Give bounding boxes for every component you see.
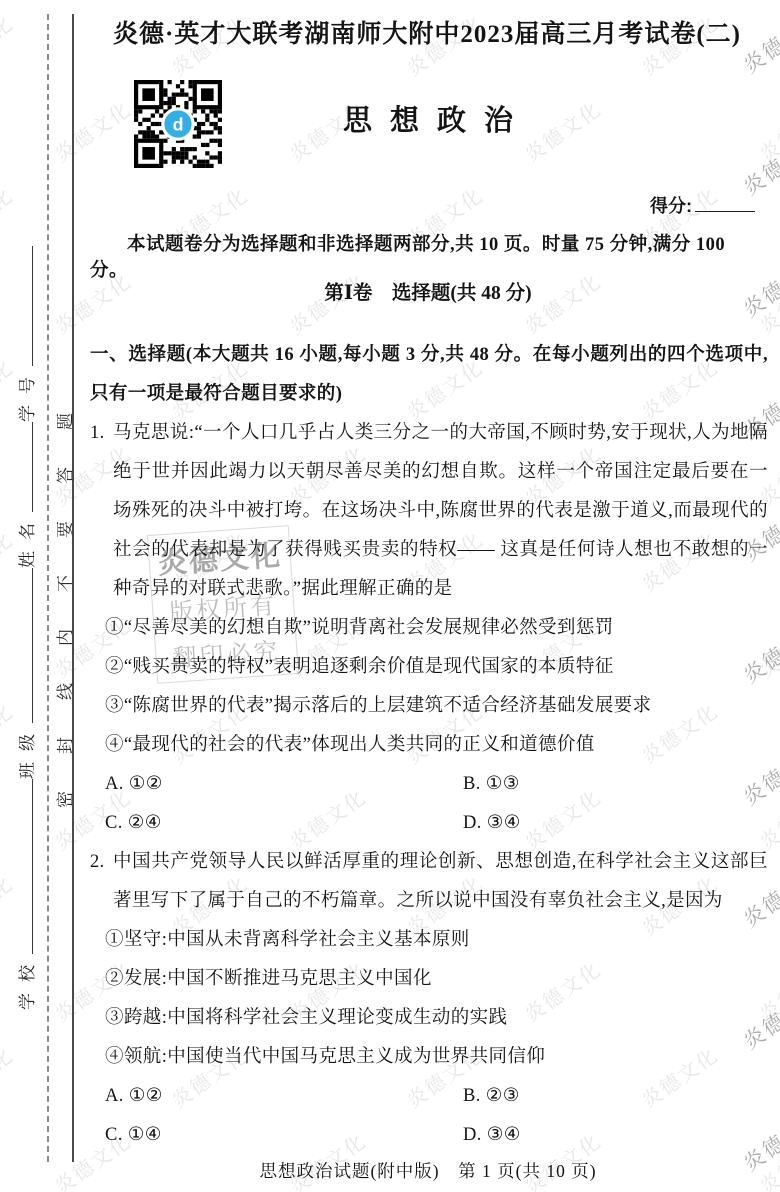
field-blank <box>15 779 33 954</box>
watermark-text: 炎德文化 <box>0 7 18 81</box>
answer-choice: B. ②③ <box>463 1077 768 1116</box>
seal-line-text: 密封线内不要答题 <box>51 0 73 1160</box>
score-blank <box>695 196 755 212</box>
numbered-option: ④“最现代的社会的代表”体现出人类共同的正义和道德价值 <box>90 726 768 765</box>
question: 1.马克思说:“一个人口几乎占人类三分之一的大帝国,不顾时势,安于现状,人为地隔… <box>90 414 768 843</box>
answer-choice: D. ③④ <box>463 804 768 843</box>
field-blank <box>15 246 33 366</box>
question-number: 2. <box>90 843 105 882</box>
part1-title: 第Ⅰ卷 选择题(共 48 分) <box>90 277 766 305</box>
answer-choice: C. ①④ <box>105 1116 463 1155</box>
student-info-fields: 学校班级姓名学号 <box>13 150 39 1160</box>
field-label: 学校 <box>13 954 38 1010</box>
question-number: 1. <box>90 414 105 453</box>
field-label: 学号 <box>13 366 38 422</box>
answer-choice: D. ③④ <box>463 1116 768 1155</box>
exam-title: 炎德·英才大联考湖南师大附中2023届高三月考试卷(二) <box>82 14 772 50</box>
question-stem: 2.中国共产党领导人民以鲜活厚重的理论创新、思想创造,在科学社会主义这部巨著里写… <box>90 843 768 921</box>
answer-choice: B. ①③ <box>463 765 768 804</box>
numbered-option: ③跨越:中国将科学社会主义理论变成生动的实践 <box>90 999 768 1038</box>
exam-page: 炎德文化炎德文化炎德文化炎德文化炎德文化炎德文化炎德文化炎德文化炎德文化炎德文化… <box>0 0 780 1192</box>
multiple-choice-heading: 一、选择题(本大题共 16 小题,每小题 3 分,共 48 分。在每小题列出的四… <box>90 336 768 414</box>
numbered-option: ②发展:中国不断推进马克思主义中国化 <box>90 960 768 999</box>
answer-choice: A. ①② <box>105 765 463 804</box>
questions-area: 一、选择题(本大题共 16 小题,每小题 3 分,共 48 分。在每小题列出的四… <box>90 336 768 1155</box>
answer-choice: C. ②④ <box>105 804 463 843</box>
answer-choices: A. ①②B. ②③C. ①④D. ③④ <box>90 1077 768 1155</box>
numbered-option: ①“尽善尽美的幻想自欺”说明背离社会发展规律必然受到惩罚 <box>90 609 768 648</box>
subject-title: 思想政治 <box>90 98 766 139</box>
exam-instructions: 本试题卷分为选择题和非选择题两部分,共 10 页。时量 75 分钟,满分 100… <box>90 230 768 282</box>
field-blank <box>15 568 33 723</box>
score-label: 得分: <box>650 196 692 216</box>
question-list: 1.马克思说:“一个人口几乎占人类三分之一的大帝国,不顾时势,安于现状,人为地隔… <box>90 414 768 1155</box>
numbered-option: ①坚守:中国从未背离科学社会主义基本原则 <box>90 921 768 960</box>
seal-dotted-line <box>47 14 49 1162</box>
field-label: 班级 <box>13 723 38 779</box>
answer-choice: A. ①② <box>105 1077 463 1116</box>
numbered-option: ④领航:中国使当代中国马克思主义成为世界共同信仰 <box>90 1038 768 1077</box>
field-blank <box>15 422 33 512</box>
answer-choices: A. ①②B. ①③C. ②④D. ③④ <box>90 765 768 843</box>
field-label: 姓名 <box>13 512 38 568</box>
numbered-option: ②“贱买贵卖的特权”表明追逐剩余价值是现代国家的本质特征 <box>90 648 768 687</box>
numbered-option: ③“陈腐世界的代表”揭示落后的上层建筑不适合经济基础发展要求 <box>90 687 768 726</box>
score-field: 得分: <box>650 192 755 218</box>
question-stem: 1.马克思说:“一个人口几乎占人类三分之一的大帝国,不顾时势,安于现状,人为地隔… <box>90 414 768 609</box>
question: 2.中国共产党领导人民以鲜活厚重的理论创新、思想创造,在科学社会主义这部巨著里写… <box>90 843 768 1155</box>
page-footer: 思想政治试题(附中版) 第 1 页(共 10 页) <box>90 1158 766 1183</box>
